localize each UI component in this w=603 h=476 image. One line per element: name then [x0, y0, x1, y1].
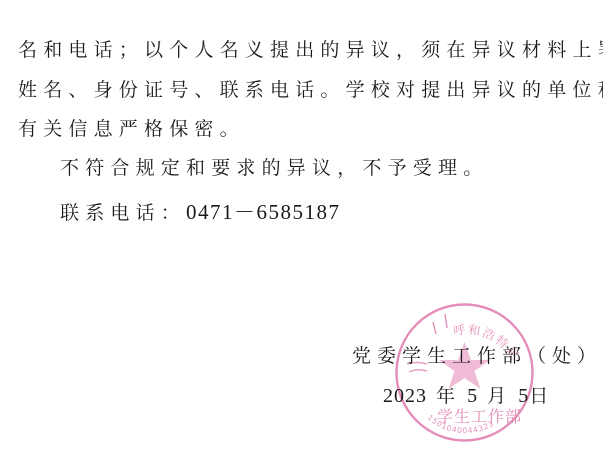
signature-organization: 党委学生工作部（处）	[352, 344, 602, 368]
date-day: 5	[518, 385, 529, 407]
rejection-notice: 不符合规定和要求的异议，不予受理。	[60, 156, 488, 180]
paragraph-line-2: 姓名、身份证号、联系电话。学校对提出异议的单位和个人	[18, 78, 603, 102]
date-month-suffix: 月	[487, 385, 509, 407]
date-month: 5	[467, 385, 478, 407]
date-day-suffix: 日	[529, 385, 551, 407]
paragraph-line-3: 有关信息严格保密。	[18, 117, 245, 141]
contact-phone: 0471－6585187	[186, 200, 341, 224]
date-year-suffix: 年	[436, 385, 458, 407]
contact-label: 联系电话：	[60, 202, 186, 224]
paragraph-line-1: 名和电话；以个人名义提出的异议，须在异议材料上署真实	[18, 38, 603, 62]
signature-date: 2023 年 5 月 5日	[383, 384, 551, 408]
date-year: 2023	[383, 385, 427, 407]
contact-line: 联系电话：0471－6585187	[60, 200, 341, 225]
